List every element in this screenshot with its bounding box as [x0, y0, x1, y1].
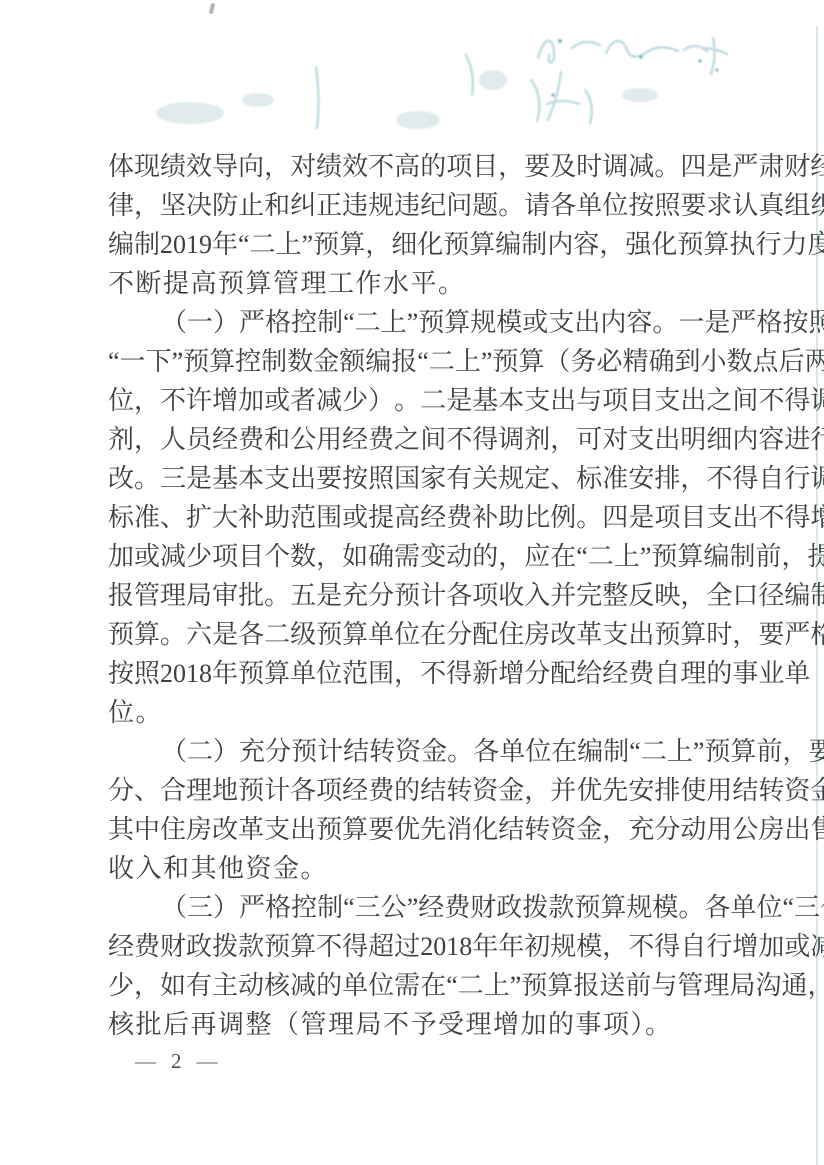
text-line: “一下”预算控制数金额编报“二上”预算（务必精确到小数点后两 [108, 344, 740, 383]
text-line: 不断提高预算管理工作水平。 [108, 266, 740, 305]
text-line: 律，坚决防止和纠正违规违纪问题。请各单位按照要求认真组织 [108, 188, 740, 227]
text-line: 少，如有主动核减的单位需在“二上”预算报送前与管理局沟通，待 [108, 968, 740, 1007]
text-line: （二）充分预计结转资金。各单位在编制“二上”预算前，要充 [108, 734, 740, 773]
text-line: 预算。六是各二级预算单位在分配住房改革支出预算时，要严格 [108, 617, 740, 656]
page-number-right-dash: — [197, 1049, 218, 1074]
text-line: 其中住房改革支出预算要优先消化结转资金，充分动用公房出售 [108, 812, 740, 851]
text-line: 体现绩效导向，对绩效不高的项目，要及时调减。四是严肃财经纪 [108, 149, 740, 188]
text-line: （一）严格控制“二上”预算规模或支出内容。一是严格按照 [108, 305, 740, 344]
text-line: 核批后再调整（管理局不予受理增加的事项）。 [108, 1007, 740, 1046]
text-line: 改。三是基本支出要按照国家有关规定、标准安排，不得自行调整 [108, 461, 740, 500]
text-line: 加或减少项目个数，如确需变动的，应在“二上”预算编制前，提前 [108, 539, 740, 578]
page-number: — 2 — [135, 1049, 218, 1074]
text-line: 标准、扩大补助范围或提高经费补助比例。四是项目支出不得增 [108, 500, 740, 539]
text-line: 编制2019年“二上”预算，细化预算编制内容，强化预算执行力度， [108, 227, 740, 266]
bleed-squiggles [316, 38, 727, 128]
text-line: 位，不许增加或者减少）。二是基本支出与项目支出之间不得调 [108, 383, 740, 422]
text-line: （三）严格控制“三公”经费财政拨款预算规模。各单位“三公” [108, 890, 740, 929]
bleed-smudges [156, 70, 658, 129]
text-line: 剂，人员经费和公用经费之间不得调剂，可对支出明细内容进行修 [108, 422, 740, 461]
text-line: 收入和其他资金。 [108, 851, 740, 890]
document-body: 体现绩效导向，对绩效不高的项目，要及时调减。四是严肃财经纪律，坚决防止和纠正违规… [108, 149, 740, 1046]
text-line: 经费财政拨款预算不得超过2018年年初规模，不得自行增加或减 [108, 929, 740, 968]
page-number-value: 2 [171, 1049, 182, 1074]
text-line: 报管理局审批。五是充分预计各项收入并完整反映，全口径编制 [108, 578, 740, 617]
page-number-left-dash: — [135, 1049, 156, 1074]
scan-speck [209, 3, 216, 15]
text-line: 按照2018年预算单位范围，不得新增分配给经费自理的事业单 [108, 656, 740, 695]
scanned-document-page: 体现绩效导向，对绩效不高的项目，要及时调减。四是严肃财经纪律，坚决防止和纠正违规… [0, 0, 824, 1165]
bleed-dots [551, 39, 718, 97]
text-line: 位。 [108, 695, 740, 734]
text-line: 分、合理地预计各项经费的结转资金，并优先安排使用结转资金， [108, 773, 740, 812]
